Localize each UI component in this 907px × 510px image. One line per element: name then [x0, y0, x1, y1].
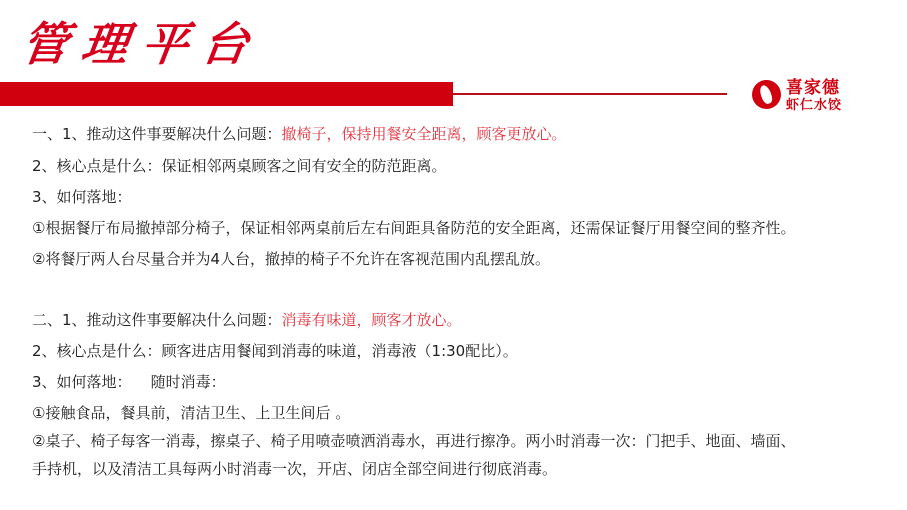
section-2-line-5: ②桌子、椅子每客一消毒，擦桌子、椅子用喷壶喷洒消毒水，再进行擦净。两小时消毒一次… [32, 431, 795, 451]
brand-logo: 喜家德 虾仁水饺 [750, 78, 870, 114]
brand-tagline: 虾仁水饺 [786, 98, 842, 113]
section-2-line-3: 3、如何落地： 随时消毒： [32, 372, 226, 392]
page-title: 管理平台 [18, 14, 266, 74]
section-1-line-1: 一、1、推动这件事要解决什么问题：撤椅子，保持用餐安全距离，顾客更放心。 [32, 124, 567, 144]
highlight-text: 撤椅子，保持用餐安全距离，顾客更放心。 [282, 125, 567, 143]
question-label: 二、1、推动这件事要解决什么问题： [32, 311, 282, 329]
section-1-line-3: 3、如何落地： [32, 187, 132, 207]
section-2-line-1: 二、1、推动这件事要解决什么问题：消毒有味道，顾客才放心。 [32, 310, 462, 330]
section-2-line-4: ①接触食品，餐具前，清洁卫生、上卫生间后 。 [32, 403, 350, 423]
header-red-bar [0, 82, 453, 106]
section-1-line-2: 2、核心点是什么：保证相邻两桌顾客之间有安全的防范距离。 [32, 156, 447, 176]
brand-name: 喜家德 [786, 78, 840, 98]
mascot-logo-icon [752, 80, 781, 109]
section-2-line-6: 手持机，以及清洁工具每两小时消毒一次，开店、闭店全部空间进行彻底消毒。 [32, 459, 557, 479]
highlight-text: 消毒有味道，顾客才放心。 [282, 311, 462, 329]
section-2-line-2: 2、核心点是什么：顾客进店用餐闻到消毒的味道，消毒液（1:30配比）。 [32, 341, 518, 361]
question-label: 一、1、推动这件事要解决什么问题： [32, 125, 282, 143]
section-1-line-5: ②将餐厅两人台尽量合并为4人台，撤掉的椅子不允许在客视范围内乱摆乱放。 [32, 249, 550, 269]
section-1-line-4: ①根据餐厅布局撤掉部分椅子，保证相邻两桌前后左右间距具备防范的安全距离，还需保证… [32, 218, 795, 238]
header-red-line [453, 93, 727, 95]
